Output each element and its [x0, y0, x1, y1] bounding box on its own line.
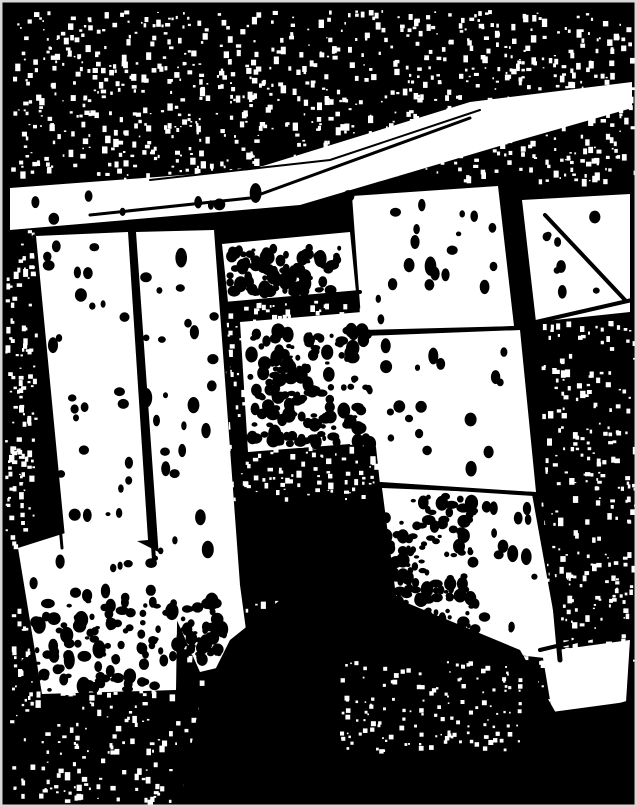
field-plot-bottom-right	[542, 640, 630, 712]
aerial-photo	[0, 0, 637, 807]
